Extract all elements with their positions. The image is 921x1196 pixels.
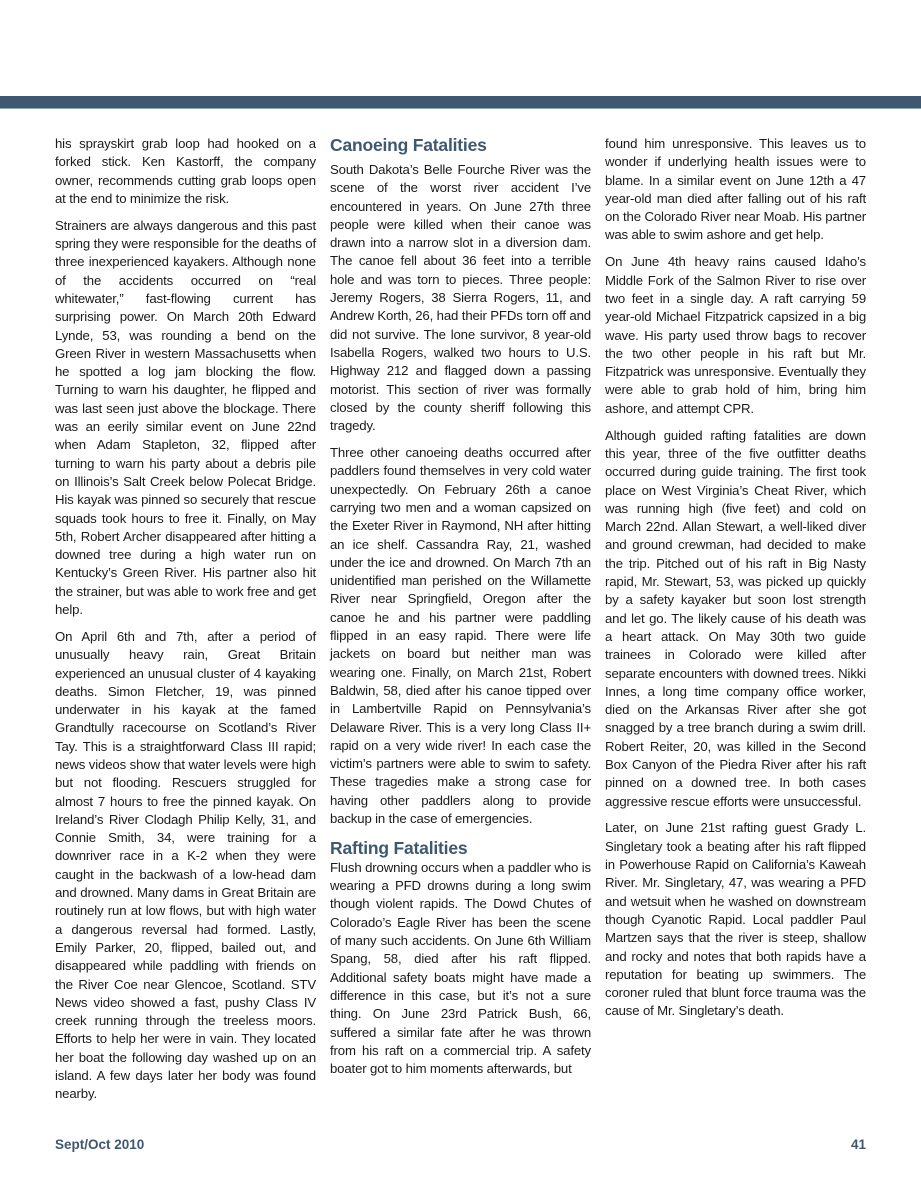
- article-column-3: found him unresponsive. This leaves us t…: [605, 135, 866, 1029]
- paragraph: Strainers are always dangerous and this …: [55, 217, 316, 620]
- paragraph: On June 4th heavy rains caused Idaho’s M…: [605, 253, 866, 418]
- paragraph: his sprayskirt grab loop had hooked on a…: [55, 135, 316, 208]
- header-bar-rule: [0, 108, 921, 109]
- paragraph: South Dakota’s Belle Fourche River was t…: [330, 161, 591, 435]
- paragraph: On April 6th and 7th, after a period of …: [55, 628, 316, 1104]
- paragraph: Flush drowning occurs when a paddler who…: [330, 859, 591, 1079]
- article-column-2: Canoeing Fatalities South Dakota’s Belle…: [330, 135, 591, 1087]
- section-heading-canoeing: Canoeing Fatalities: [330, 134, 591, 156]
- header-bar: [0, 96, 921, 108]
- paragraph: Later, on June 21st rafting guest Grady …: [605, 819, 866, 1020]
- footer-issue-date: Sept/Oct 2010: [55, 1137, 144, 1152]
- paragraph: Although guided rafting fatalities are d…: [605, 427, 866, 811]
- article-column-1: his sprayskirt grab loop had hooked on a…: [55, 135, 316, 1112]
- paragraph: Three other canoeing deaths occurred aft…: [330, 444, 591, 828]
- footer-page-number: 41: [851, 1137, 866, 1152]
- section-heading-rafting: Rafting Fatalities: [330, 837, 591, 859]
- paragraph: found him unresponsive. This leaves us t…: [605, 135, 866, 245]
